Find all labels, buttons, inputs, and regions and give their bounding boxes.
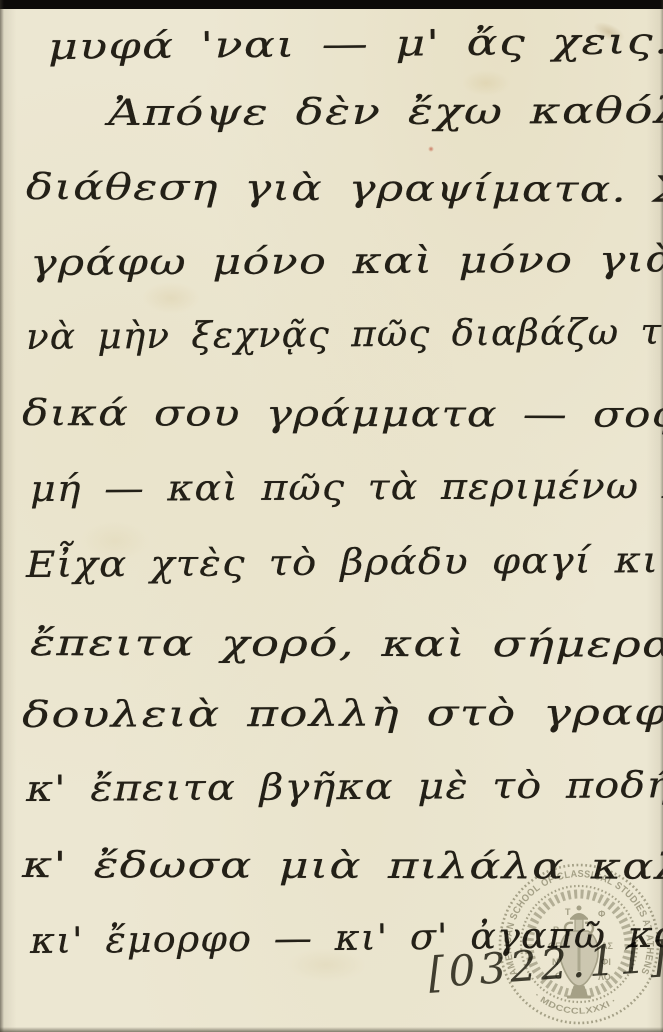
scan-edge-top — [0, 0, 663, 9]
handwritten-line: Εἶχα χτὲς τὸ βράδυ φαγί κι — [26, 543, 659, 584]
handwritten-line: ἔπειτα χορό, καὶ σήμερα — [30, 626, 663, 664]
scan-edge-bottom — [0, 1027, 663, 1032]
handwritten-line: κ' ἔδωσα μιὰ πιλάλα καλὰ — [22, 848, 663, 886]
handwritten-line: μυφά 'ναι — μ' ἄς χεις. — [48, 24, 663, 66]
red-ink-speck — [428, 146, 434, 152]
handwritten-line: διάθεση γιὰ γραψίματα. Σοῦ — [26, 170, 663, 209]
handwritten-line: Ἀπόψε δὲν ἔχω καθόλου — [108, 93, 663, 132]
handwritten-line: νὰ μὴν ξεχνᾷς πῶς διαβάζω τὰ — [26, 314, 663, 356]
handwritten-line: κ' ἔπειτα βγῆκα μὲ τὸ ποδήλατο — [26, 767, 663, 808]
letter-scan-page: AMERICAN SCHOOL OF CLASSICAL STUDIES AT … — [0, 0, 663, 1032]
handwritten-line: μή — καὶ πῶς τὰ περιμένω πάντα. — [30, 468, 663, 508]
paper-stain — [142, 282, 200, 314]
handwritten-line: δουλειὰ πολλὴ στὸ γραφεῖο, — [22, 695, 663, 734]
scan-edge-left — [0, 0, 4, 1032]
handwritten-line: δικά σου γράμματα — σοφὰ καὶ — [22, 396, 663, 434]
handwritten-line: γράφω μόνο καὶ μόνο γιὰ — [30, 242, 663, 282]
